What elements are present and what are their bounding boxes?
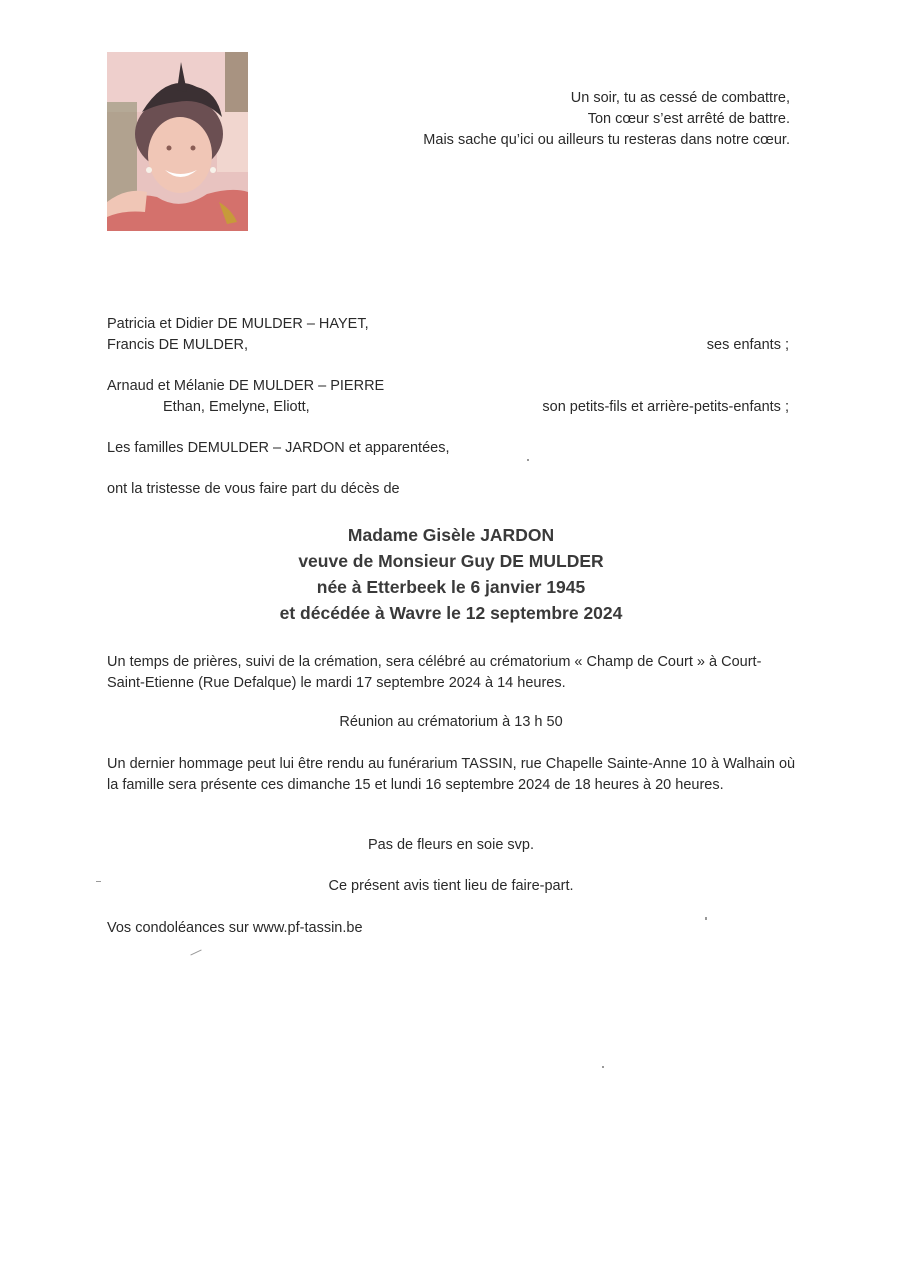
ceremony-paragraph: Un temps de prières, suivi de la crémati… (107, 652, 797, 694)
meeting-time: Réunion au crématorium à 13 h 50 (0, 714, 902, 730)
grandchild-name: Arnaud et Mélanie DE MULDER – PIERRE (107, 378, 384, 394)
poem-line: Ton cœur s’est arrêté de battre. (423, 109, 790, 130)
poem-line: Mais sache qu’ici ou ailleurs tu restera… (423, 130, 790, 151)
scan-speck (96, 881, 101, 882)
child-name: Francis DE MULDER, (107, 337, 248, 353)
deceased-spouse: veuve de Monsieur Guy DE MULDER (0, 548, 902, 574)
poem: Un soir, tu as cessé de combattre, Ton c… (423, 88, 790, 151)
deceased-name: Madame Gisèle JARDON (0, 522, 902, 548)
condolences-link[interactable]: www.pf-tassin.be (253, 920, 363, 936)
deceased-block: Madame Gisèle JARDON veuve de Monsieur G… (0, 522, 902, 626)
notice-note: Ce présent avis tient lieu de faire-part… (0, 878, 902, 894)
scan-speck (705, 917, 707, 920)
grandchildren-relation: son petits-fils et arrière-petits-enfant… (542, 399, 789, 415)
child-name: Patricia et Didier DE MULDER – HAYET, (107, 316, 369, 332)
scan-speck (602, 1066, 604, 1068)
deceased-birth: née à Etterbeek le 6 janvier 1945 (0, 574, 902, 600)
scan-speck (527, 459, 529, 461)
poem-line: Un soir, tu as cessé de combattre, (423, 88, 790, 109)
children-relation: ses enfants ; (707, 337, 789, 353)
great-grandchildren-names: Ethan, Emelyne, Eliott, (163, 399, 310, 415)
families-line: Les familles DEMULDER – JARDON et appare… (107, 440, 450, 456)
condolences-line: Vos condoléances sur www.pf-tassin.be (107, 920, 363, 936)
scan-speck (190, 950, 201, 956)
flowers-note: Pas de fleurs en soie svp. (0, 837, 902, 853)
deceased-death: et décédée à Wavre le 12 septembre 2024 (0, 600, 902, 626)
condolences-prefix: Vos condoléances sur (107, 920, 253, 936)
announcement-line: ont la tristesse de vous faire part du d… (107, 481, 400, 497)
portrait-image (107, 52, 248, 231)
portrait-photo (107, 52, 248, 231)
obituary-page: Un soir, tu as cessé de combattre, Ton c… (0, 0, 902, 1280)
visitation-paragraph: Un dernier hommage peut lui être rendu a… (107, 754, 797, 796)
